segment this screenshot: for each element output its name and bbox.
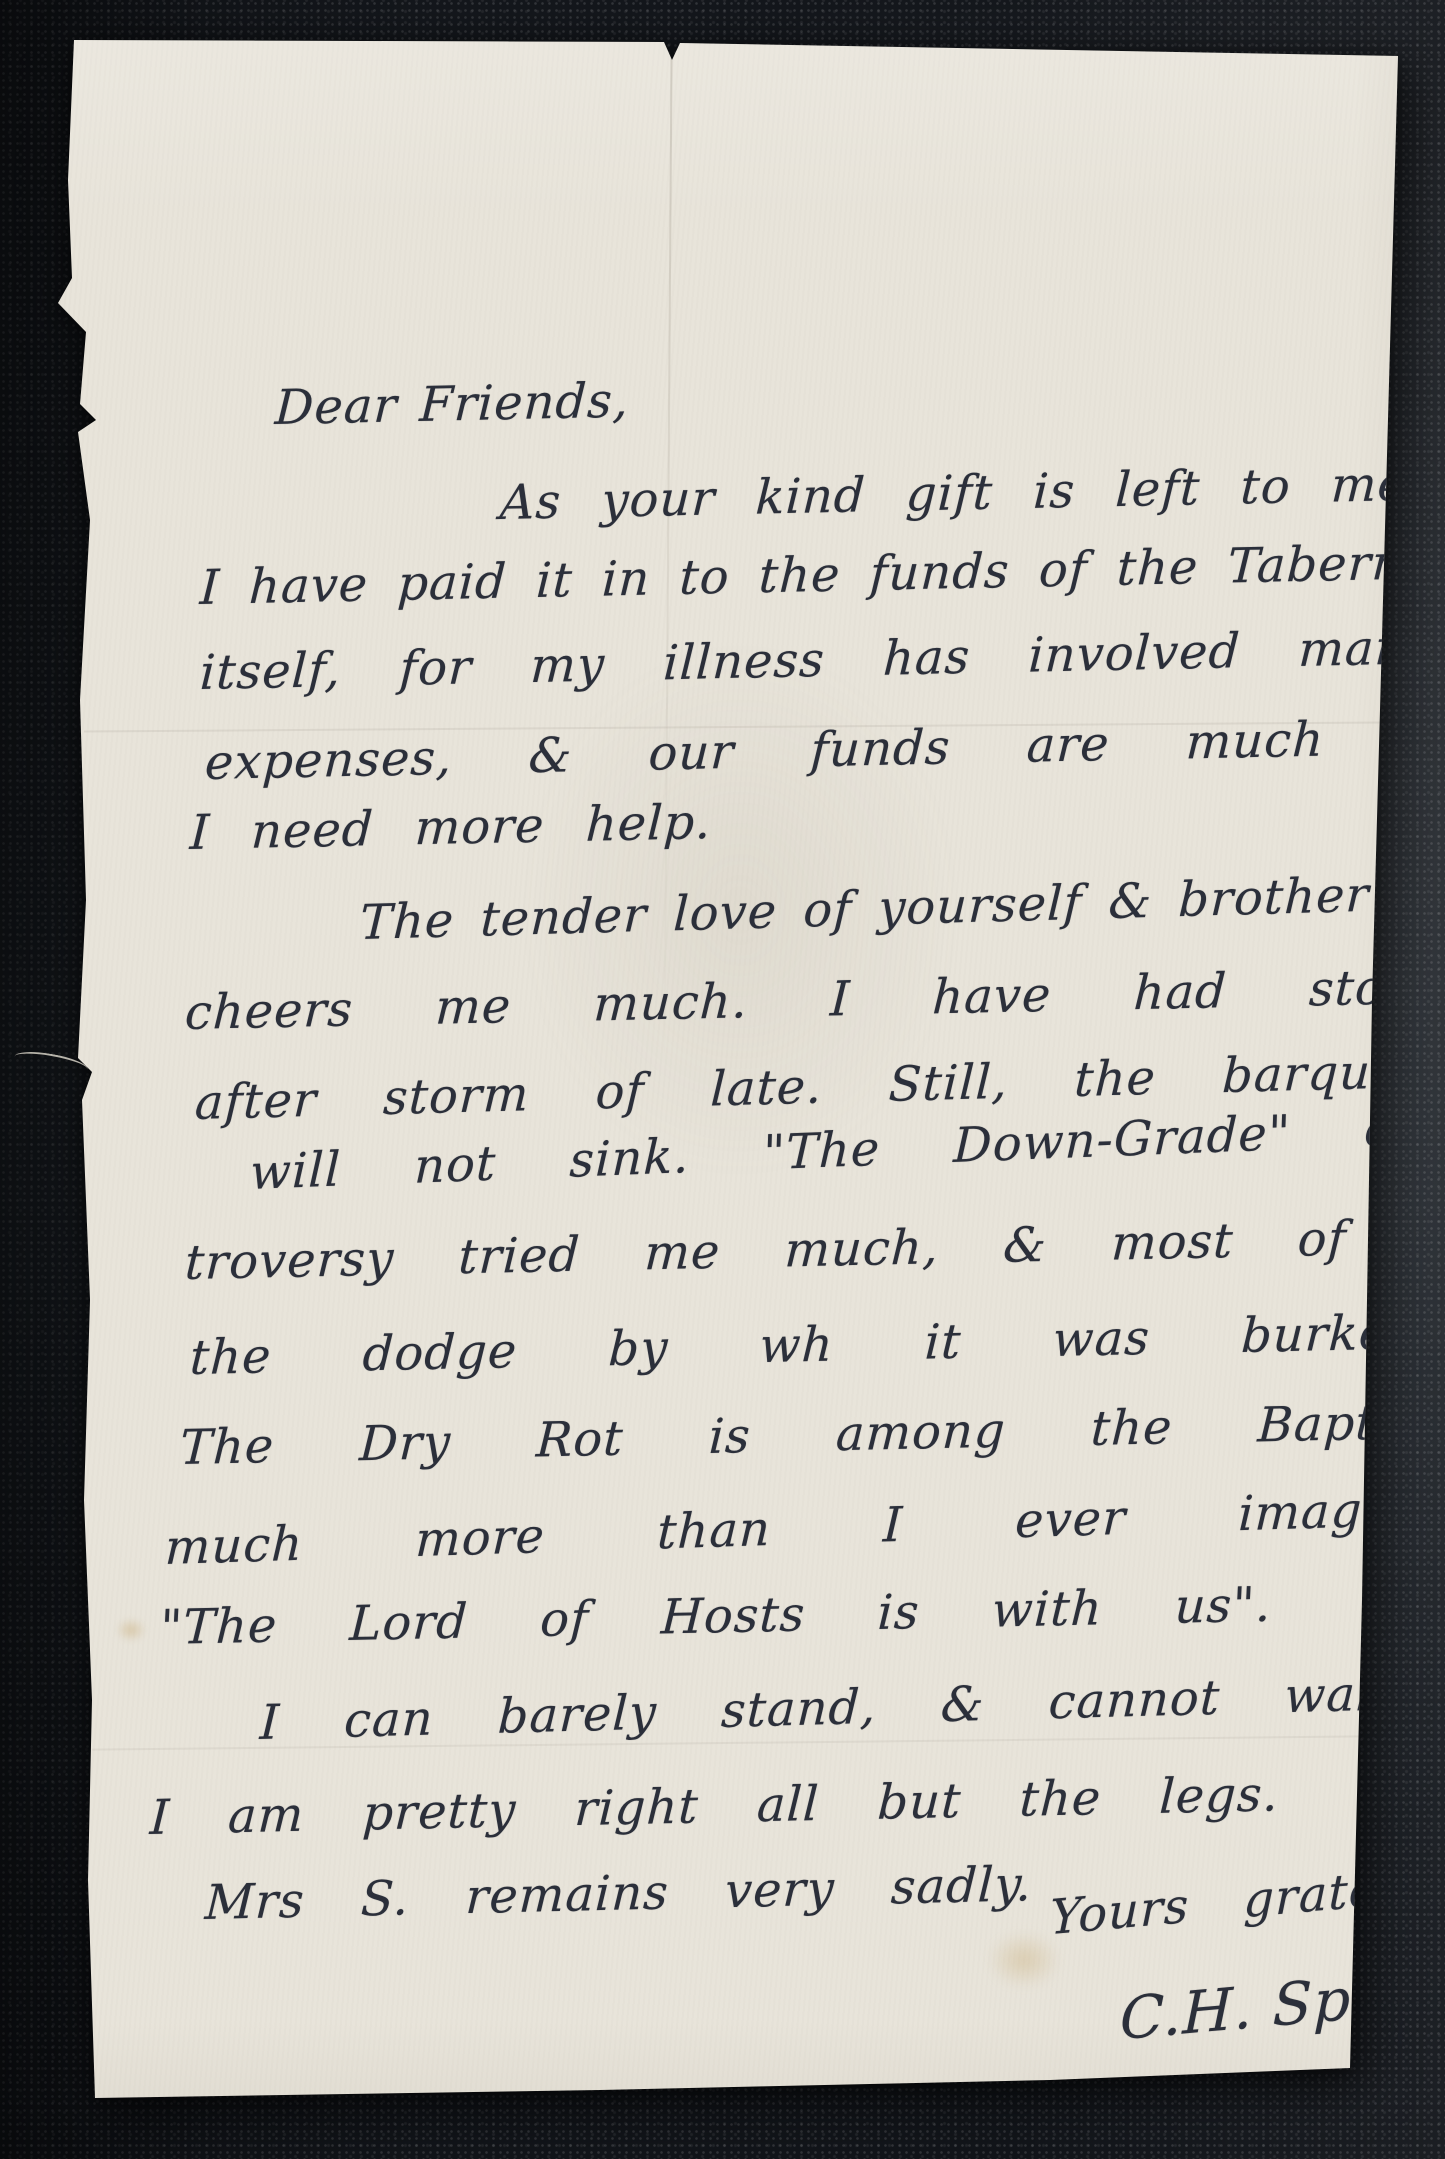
letter-line: I have paid it in to the funds of the Ta… <box>199 533 1445 616</box>
letter-line: The Dry Rot is among the Baptists <box>179 1393 1445 1476</box>
letter-line: Mrs S. remains very sadly. <box>204 1856 1034 1931</box>
letter-line: I am pretty right all but the legs. <box>149 1766 1281 1846</box>
letter-line: much more than I ever imagined. <box>164 1478 1445 1576</box>
photo-backdrop: Dear Friends, As your kind gift is left … <box>0 0 1445 2159</box>
paper-stain <box>116 1618 146 1642</box>
closing: Yours gratefully <box>1050 1851 1445 1946</box>
letter-line: troversy tried me much, & most of all <box>184 1208 1445 1291</box>
salutation: Dear Friends, <box>274 373 631 436</box>
letter-line: "The Lord of Hosts is with us". <box>159 1577 1273 1656</box>
letter-paper-shadow: Dear Friends, As your kind gift is left … <box>0 0 1445 2159</box>
letter-line: the dodge by wh it was burked. <box>189 1304 1438 1386</box>
signature: C.H. Spurgeon <box>1119 1946 1445 2053</box>
letter-line: I need more help. <box>189 794 713 861</box>
letter-paper: Dear Friends, As your kind gift is left … <box>0 0 1445 2159</box>
letter-line: As your kind gift is left to me, <box>499 456 1425 531</box>
